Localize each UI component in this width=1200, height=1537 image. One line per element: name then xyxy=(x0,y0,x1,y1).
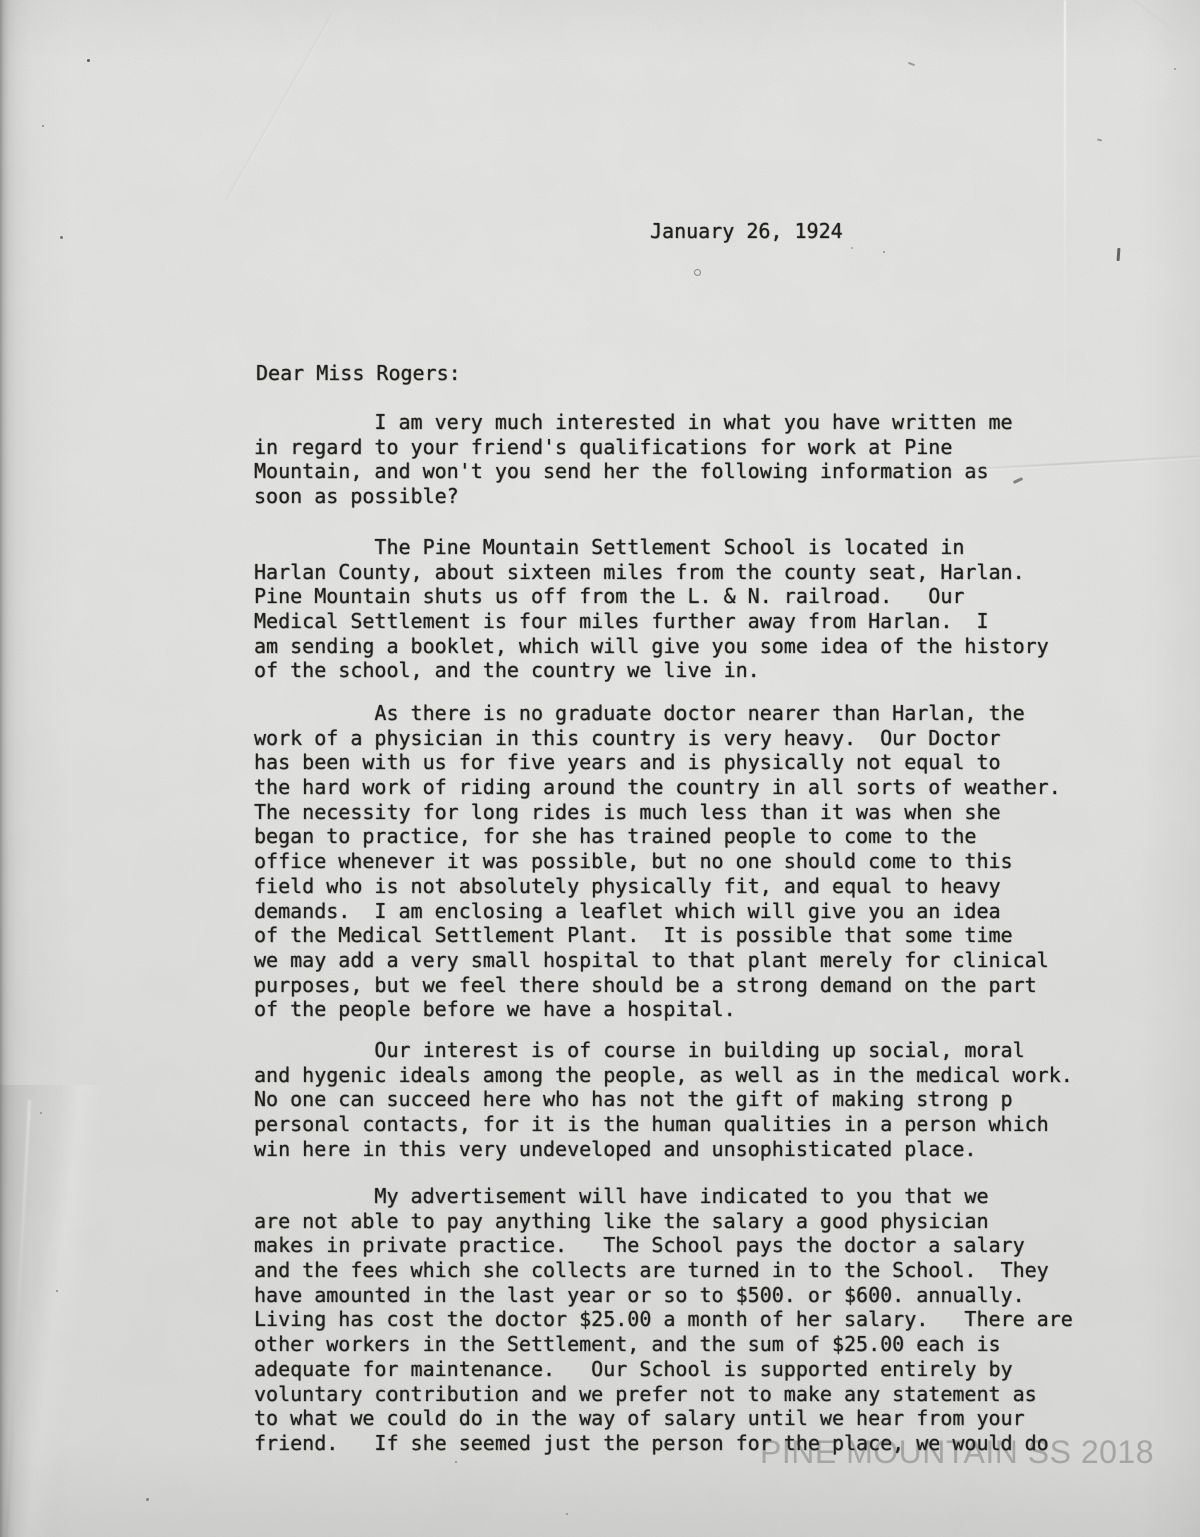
ink-speck xyxy=(1097,138,1102,141)
letter-line: personal contacts, for it is the human q… xyxy=(254,1112,1073,1137)
letter-line: The necessity for long rides is much les… xyxy=(254,800,1061,825)
scanned-letter-page: PINE MOUNTAIN SS 2018 January 26, 1924 D… xyxy=(0,0,1200,1537)
ink-speck xyxy=(42,125,44,127)
paper-crease xyxy=(1064,0,1066,470)
salutation: Dear Miss Rogers: xyxy=(256,361,461,386)
letter-line: to what we could do in the way of salary… xyxy=(254,1406,1073,1431)
letter-line: No one can succeed here who has not the … xyxy=(254,1087,1073,1112)
letter-line: we may add a very small hospital to that… xyxy=(254,948,1061,973)
letter-line: work of a physician in this country is v… xyxy=(254,726,1061,751)
letter-line: The Pine Mountain Settlement School is l… xyxy=(254,535,1049,560)
letter-line: the hard work of riding around the count… xyxy=(254,775,1061,800)
ink-speck xyxy=(1174,68,1176,70)
letter-line: and the fees which she collects are turn… xyxy=(254,1258,1073,1283)
letter-paragraph: I am very much interested in what you ha… xyxy=(254,410,1013,509)
ink-speck xyxy=(56,1290,58,1292)
ink-speck xyxy=(455,1461,457,1463)
letter-line: demands. I am enclosing a leaflet which … xyxy=(254,899,1061,924)
letter-line: of the school, and the country we live i… xyxy=(254,658,1049,683)
letter-line: I am very much interested in what you ha… xyxy=(254,410,1013,435)
letter-line: in regard to your friend's qualification… xyxy=(254,435,1013,460)
letter-line: soon as possible? xyxy=(254,484,1013,509)
letter-line: Mountain, and won't you send her the fol… xyxy=(254,459,1013,484)
letter-paragraph: My advertisement will have indicated to … xyxy=(254,1184,1073,1456)
ink-speck xyxy=(87,59,90,62)
letter-line: As there is no graduate doctor nearer th… xyxy=(254,701,1061,726)
ink-speck xyxy=(566,1513,568,1515)
ink-speck xyxy=(60,236,63,239)
ink-speck xyxy=(1117,248,1121,261)
letter-line: Medical Settlement is four miles further… xyxy=(254,609,1049,634)
letter-line: makes in private practice. The School pa… xyxy=(254,1233,1073,1258)
letter-line: of the Medical Settlement Plant. It is p… xyxy=(254,923,1061,948)
letter-line: field who is not absolutely physically f… xyxy=(254,874,1061,899)
letter-line: purposes, but we feel there should be a … xyxy=(254,973,1061,998)
letter-paragraph: As there is no graduate doctor nearer th… xyxy=(254,701,1061,1022)
letter-line: win here in this very undeveloped and un… xyxy=(254,1137,1073,1162)
letter-line: have amounted in the last year or so to … xyxy=(254,1283,1073,1308)
letter-paragraph: The Pine Mountain Settlement School is l… xyxy=(254,535,1049,683)
letter-line: and hygenic ideals among the people, as … xyxy=(254,1063,1073,1088)
paper-crease xyxy=(225,13,334,201)
letter-line: Living has cost the doctor $25.00 a mont… xyxy=(254,1307,1073,1332)
letter-paragraph: Our interest is of course in building up… xyxy=(254,1038,1073,1161)
ink-speck xyxy=(146,1498,149,1501)
letter-line: Our interest is of course in building up… xyxy=(254,1038,1073,1063)
ink-speck xyxy=(883,251,885,253)
ink-speck xyxy=(40,1112,42,1114)
letter-line: voluntary contribution and we prefer not… xyxy=(254,1382,1073,1407)
letter-line: friend. If she seemed just the person fo… xyxy=(254,1431,1073,1456)
letter-line: of the people before we have a hospital. xyxy=(254,997,1061,1022)
ink-ring-mark xyxy=(694,269,701,276)
letter-line: Harlan County, about sixteen miles from … xyxy=(254,560,1049,585)
ink-speck xyxy=(851,247,853,249)
letter-line: are not able to pay anything like the sa… xyxy=(254,1209,1073,1234)
letter-line: My advertisement will have indicated to … xyxy=(254,1184,1073,1209)
date-line: January 26, 1924 xyxy=(650,219,843,244)
paper-crease xyxy=(5,1100,31,1537)
letter-line: adequate for maintenance. Our School is … xyxy=(254,1357,1073,1382)
letter-line: Pine Mountain shuts us off from the L. &… xyxy=(254,584,1049,609)
ink-speck xyxy=(1013,477,1023,484)
letter-line: other workers in the Settlement, and the… xyxy=(254,1332,1073,1357)
letter-line: began to practice, for she has trained p… xyxy=(254,824,1061,849)
paper-crease xyxy=(1127,0,1200,76)
letter-line: has been with us for five years and is p… xyxy=(254,750,1061,775)
bottom-left-fold xyxy=(0,1085,120,1537)
letter-line: office whenever it was possible, but no … xyxy=(254,849,1061,874)
ink-speck xyxy=(908,62,915,66)
letter-line: am sending a booklet, which will give yo… xyxy=(254,634,1049,659)
